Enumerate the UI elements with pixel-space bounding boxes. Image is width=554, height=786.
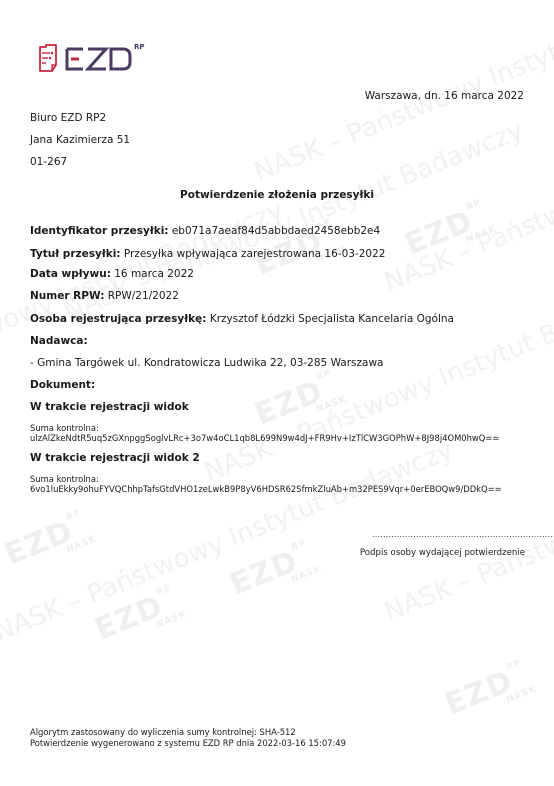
field-receipt-date: Data wpływu: 16 marca 2022	[30, 268, 194, 280]
field-label: Osoba rejestrująca przesyłkę:	[30, 313, 206, 325]
checksum-label: Suma kontrolna:	[30, 423, 99, 433]
document-page: RP Warszawa, dn. 16 marca 2022 Biuro EZD…	[0, 0, 554, 786]
document-title: Potwierdzenie złożenia przesyłki	[0, 189, 554, 201]
field-shipment-title: Tytuł przesyłki: Przesyłka wpływająca za…	[30, 248, 385, 260]
field-registering-person: Osoba rejestrująca przesyłkę: Krzysztof …	[30, 313, 454, 325]
field-label: Identyfikator przesyłki:	[30, 225, 169, 237]
place-date: Warszawa, dn. 16 marca 2022	[365, 90, 524, 102]
signature-label: Podpis osoby wydającej potwierdzenie	[360, 548, 525, 558]
checksum-value: 6vo1luEkky9ohuFYVQChhpTafsGtdVHO1zeLwkB9…	[30, 484, 502, 494]
field-value: Przesyłka wpływająca zarejestrowana 16-0…	[124, 248, 386, 260]
document-name: W trakcie rejestracji widok	[30, 401, 189, 413]
field-label: Tytuł przesyłki:	[30, 248, 121, 260]
ezd-wordmark	[65, 46, 133, 72]
field-value: eb071a7aeaf84d5abbdaed2458ebb2e4	[172, 225, 380, 237]
logo-superscript: RP	[134, 43, 145, 51]
footer: Algorytm zastosowany do wyliczenia sumy …	[30, 727, 346, 749]
document-name: W trakcie rejestracji widok 2	[30, 452, 200, 464]
field-value: 16 marca 2022	[114, 268, 194, 280]
field-label: Numer RPW:	[30, 290, 104, 302]
sender-value: - Gmina Targówek ul. Kondratowicza Ludwi…	[30, 357, 383, 369]
recipient-line-3: 01-267	[30, 156, 67, 168]
document-label: Dokument:	[30, 379, 95, 391]
field-value: Krzysztof Łódzki Specjalista Kancelaria …	[210, 313, 454, 325]
checksum-value: ulzAlZkeNdtR5uq5zGXnpggSoglvLRc+3o7w4oCL…	[30, 433, 499, 443]
sender-label: Nadawca:	[30, 335, 88, 347]
field-identifier: Identyfikator przesyłki: eb071a7aeaf84d5…	[30, 225, 380, 237]
footer-generated: Potwierdzenie wygenerowano z systemu EZD…	[30, 738, 346, 749]
signature-line: ........................................…	[372, 530, 554, 539]
checksum-label: Suma kontrolna:	[30, 474, 99, 484]
recipient-line-1: Biuro EZD RP2	[30, 112, 106, 124]
field-value: RPW/21/2022	[108, 290, 179, 302]
field-rpw-number: Numer RPW: RPW/21/2022	[30, 290, 179, 302]
field-label: Data wpływu:	[30, 268, 111, 280]
ezd-rp-logo: RP	[37, 43, 145, 73]
footer-algorithm: Algorytm zastosowany do wyliczenia sumy …	[30, 727, 346, 738]
document-shield-icon	[37, 43, 59, 73]
recipient-line-2: Jana Kazimierza 51	[30, 134, 130, 146]
